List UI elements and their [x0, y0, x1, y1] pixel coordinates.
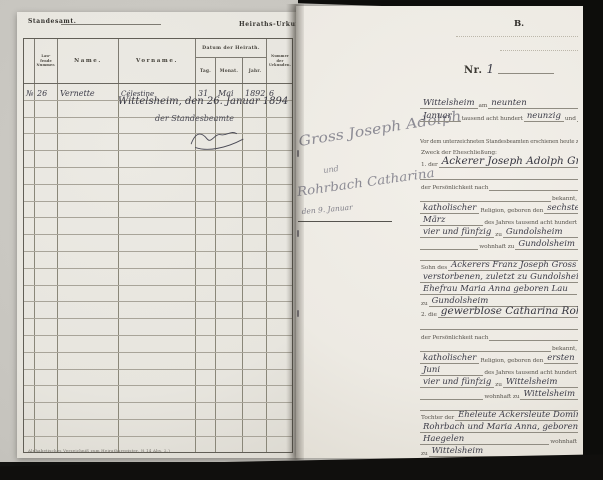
table-row — [24, 202, 292, 219]
cell-tag — [196, 403, 216, 419]
cell-mark — [24, 118, 35, 134]
form-line: Wittelsheimamneunten — [420, 96, 578, 109]
margin-note-date: den 9. Januar — [301, 203, 353, 216]
cell-tag — [196, 235, 216, 251]
cell-mark — [24, 134, 35, 150]
cell-vorname — [119, 336, 196, 352]
cell-vorname — [119, 269, 196, 285]
cell-lfd — [35, 235, 58, 251]
cell-name — [58, 235, 119, 251]
cell-urkunde — [267, 269, 293, 285]
cell-jahr — [243, 386, 267, 402]
cell-vorname — [119, 252, 196, 268]
table-row — [24, 252, 292, 269]
cell-lfd — [35, 134, 58, 150]
cell-vorname — [119, 420, 196, 436]
cell-jahr — [243, 269, 267, 285]
closing-official: der Standesbeamte — [155, 114, 234, 123]
margin-rule — [298, 221, 392, 222]
cell-vorname — [119, 218, 196, 234]
cell-monat — [216, 202, 243, 218]
cell-lfd — [35, 386, 58, 402]
cell-jahr — [243, 168, 267, 184]
header-line: Nummer. — [37, 63, 56, 67]
cell-lfd — [35, 218, 58, 234]
cell-urkunde — [267, 302, 293, 318]
cell-monat — [216, 218, 243, 234]
cell-vorname — [119, 151, 196, 167]
form-line: Januartausend acht hundertneunzigundvier… — [420, 109, 578, 122]
cell-name — [58, 218, 119, 234]
registrar-signature — [184, 122, 250, 158]
cell-lfd — [35, 118, 58, 134]
cell-monat — [216, 420, 243, 436]
cell-mark — [24, 151, 35, 167]
cell-lfd — [35, 420, 58, 436]
handwritten-entry: 26 — [37, 89, 47, 98]
cell-jahr — [243, 202, 267, 218]
table-row — [24, 168, 292, 185]
table-row — [24, 151, 292, 168]
header-line: Urkunden. — [269, 63, 291, 67]
cell-monat — [216, 336, 243, 352]
cell-lfd — [35, 353, 58, 369]
cell-jahr — [243, 235, 267, 251]
cell-monat — [216, 386, 243, 402]
table-row — [24, 286, 292, 303]
cell-name — [58, 336, 119, 352]
cell-tag — [196, 319, 216, 335]
handwritten-text: vier. — [577, 111, 578, 122]
cell-urkunde — [267, 235, 293, 251]
cell-lfd — [35, 286, 58, 302]
cell-lfd — [35, 168, 58, 184]
form-footer-note: Alphabetisches Verzeichniß zum Heirathsr… — [28, 448, 170, 453]
handwritten-text: Wittelsheim — [420, 98, 478, 109]
header-name: Name. — [74, 58, 102, 64]
table-row — [24, 386, 292, 403]
cell-jahr — [243, 302, 267, 318]
form-line: zuWittelsheim — [420, 444, 578, 457]
table-row — [24, 336, 292, 353]
cell-monat — [216, 286, 243, 302]
cell-mark: № — [24, 84, 35, 100]
index-page: Standesamt. Heiraths-Urkunden. Lau- fend… — [17, 12, 297, 458]
register-book-scan: Standesamt. Heiraths-Urkunden. Lau- fend… — [0, 0, 603, 480]
cell-urkunde — [267, 336, 293, 352]
cell-jahr — [243, 185, 267, 201]
cell-urkunde — [267, 252, 293, 268]
cell-jahr — [243, 286, 267, 302]
col-ordinal — [24, 39, 35, 83]
record-page: B. Nr. 1 Gross Joseph Adolph und Rohrbac… — [296, 6, 585, 458]
cell-jahr — [243, 370, 267, 386]
cell-tag — [196, 218, 216, 234]
cell-monat — [216, 302, 243, 318]
cell-lfd — [35, 336, 58, 352]
cell-jahr — [243, 353, 267, 369]
cell-mark — [24, 319, 35, 335]
cell-name — [58, 302, 119, 318]
cell-jahr — [243, 420, 267, 436]
handwritten-text: neunzig — [524, 111, 564, 122]
cell-lfd — [35, 151, 58, 167]
handwritten-text: Januar — [420, 111, 455, 122]
cell-lfd — [35, 252, 58, 268]
table-row — [24, 370, 292, 387]
cell-tag — [196, 269, 216, 285]
cell-vorname — [119, 370, 196, 386]
cell-lfd — [35, 185, 58, 201]
cell-lfd — [35, 319, 58, 335]
table-row — [24, 319, 292, 336]
cell-mark — [24, 235, 35, 251]
record-number: Nr. 1 — [464, 62, 554, 76]
cell-name — [58, 202, 119, 218]
cell-vorname — [119, 235, 196, 251]
handwritten-entry: № — [26, 89, 34, 98]
cell-mark — [24, 286, 35, 302]
cell-lfd — [35, 269, 58, 285]
cell-mark — [24, 370, 35, 386]
margin-note-und: und — [323, 164, 340, 175]
cell-urkunde — [267, 420, 293, 436]
header-tag: Tag. — [200, 68, 211, 73]
cell-mark — [24, 302, 35, 318]
cell-mark — [24, 353, 35, 369]
cell-name — [58, 185, 119, 201]
cell-urkunde — [267, 151, 293, 167]
binding-stitch — [297, 230, 299, 237]
cell-tag — [196, 370, 216, 386]
cell-name: Vernette — [58, 84, 119, 100]
cell-vorname — [119, 286, 196, 302]
cell-vorname — [119, 168, 196, 184]
cell-jahr — [243, 403, 267, 419]
cell-vorname — [119, 302, 196, 318]
table-row — [24, 353, 292, 370]
cell-tag — [196, 286, 216, 302]
col-name: Name. — [58, 39, 119, 83]
cell-mark — [24, 168, 35, 184]
table-row — [24, 420, 292, 437]
cell-urkunde — [267, 185, 293, 201]
cell-monat — [216, 185, 243, 201]
binding-stitch — [297, 310, 299, 317]
cell-name — [58, 286, 119, 302]
table-row — [24, 302, 292, 319]
cell-monat — [216, 252, 243, 268]
cell-name — [58, 319, 119, 335]
cell-name — [58, 118, 119, 134]
cell-jahr — [243, 218, 267, 234]
cell-urkunde — [267, 319, 293, 335]
cell-urkunde — [267, 118, 293, 134]
printed-text: zu — [420, 451, 429, 457]
cell-vorname — [119, 202, 196, 218]
col-laufende-nummer: Lau- fende Nummer. — [35, 39, 58, 83]
page-letter: B. — [514, 19, 524, 29]
nr-rule — [498, 73, 554, 74]
cell-tag — [196, 420, 216, 436]
cell-tag — [196, 353, 216, 369]
table-header: Lau- fende Nummer. Name. Vorname. Datum … — [24, 39, 292, 84]
cell-urkunde — [267, 168, 293, 184]
cell-lfd: 26 — [35, 84, 58, 100]
cell-vorname — [119, 386, 196, 402]
cell-mark — [24, 218, 35, 234]
cell-urkunde — [267, 370, 293, 386]
cell-jahr — [243, 319, 267, 335]
handwritten-text: Wittelsheim — [429, 446, 487, 457]
cell-tag — [196, 437, 216, 453]
cell-monat — [216, 370, 243, 386]
cell-mark — [24, 420, 35, 436]
cell-urkunde — [267, 286, 293, 302]
faint-rule — [456, 36, 578, 37]
cell-name — [58, 134, 119, 150]
cell-name — [58, 252, 119, 268]
cell-monat — [216, 168, 243, 184]
cell-name — [58, 101, 119, 117]
printed-text: tausend acht hundert — [461, 116, 524, 122]
cell-monat — [216, 319, 243, 335]
standesamt-fill-rule — [61, 24, 161, 25]
closing-place-date: Wittelsheim, den 26. Januar 1894 — [118, 96, 288, 107]
cell-tag — [196, 168, 216, 184]
cell-jahr — [243, 252, 267, 268]
faint-rule — [500, 50, 578, 51]
cell-monat — [216, 235, 243, 251]
cell-vorname — [119, 185, 196, 201]
cell-mark — [24, 336, 35, 352]
book-edge-right — [583, 0, 603, 480]
cell-lfd — [35, 101, 58, 117]
cell-monat — [216, 269, 243, 285]
printed-text: und — [564, 116, 577, 122]
cell-name — [58, 420, 119, 436]
nr-label: Nr. — [464, 65, 482, 76]
cell-jahr — [243, 336, 267, 352]
cell-name — [58, 386, 119, 402]
cell-jahr — [243, 437, 267, 453]
cell-tag — [196, 336, 216, 352]
handwritten-entry: Vernette — [60, 89, 95, 98]
cell-urkunde — [267, 202, 293, 218]
cell-monat — [216, 437, 243, 453]
header-vorname: Vorname. — [136, 58, 178, 64]
cell-lfd — [35, 202, 58, 218]
col-vorname: Vorname. — [119, 39, 196, 83]
table-row — [24, 269, 292, 286]
header-date-group: Datum der Heirath. — [202, 46, 260, 51]
cell-mark — [24, 185, 35, 201]
cell-mark — [24, 202, 35, 218]
table-row — [24, 218, 292, 235]
nr-value: 1 — [482, 62, 498, 76]
cell-mark — [24, 252, 35, 268]
cell-lfd — [35, 370, 58, 386]
col-urkunden-nummer: Nummer der Urkunden. — [267, 39, 293, 83]
col-datum-der-heirath: Datum der Heirath. Tag. Monat. Jahr. — [196, 39, 267, 83]
cell-name — [58, 151, 119, 167]
cell-lfd — [35, 403, 58, 419]
cell-vorname — [119, 353, 196, 369]
cell-tag — [196, 185, 216, 201]
handwritten-text: neunten — [488, 98, 529, 109]
cell-tag — [196, 302, 216, 318]
cell-name — [58, 353, 119, 369]
cell-monat — [216, 403, 243, 419]
header-jahr: Jahr. — [249, 68, 262, 73]
cell-vorname — [119, 319, 196, 335]
table-row — [24, 134, 292, 151]
cell-lfd — [35, 302, 58, 318]
cell-name — [58, 168, 119, 184]
cell-urkunde — [267, 386, 293, 402]
cell-name — [58, 403, 119, 419]
header-monat: Monat. — [220, 68, 238, 73]
cell-urkunde — [267, 403, 293, 419]
cell-urkunde — [267, 218, 293, 234]
cell-name — [58, 370, 119, 386]
cell-urkunde — [267, 134, 293, 150]
binding-stitch — [297, 150, 299, 157]
cell-monat — [216, 353, 243, 369]
table-row — [24, 235, 292, 252]
index-table-body: №26VernetteCélestine31Mai18926 — [24, 84, 292, 453]
cell-mark — [24, 269, 35, 285]
cell-mark — [24, 386, 35, 402]
cell-vorname — [119, 403, 196, 419]
cell-tag — [196, 252, 216, 268]
cell-urkunde — [267, 437, 293, 453]
table-row — [24, 185, 292, 202]
cell-tag — [196, 386, 216, 402]
cell-mark — [24, 101, 35, 117]
table-row — [24, 403, 292, 420]
margin-note-bride: Rohrbach Catharina — [296, 165, 435, 199]
cell-name — [58, 269, 119, 285]
cell-tag — [196, 202, 216, 218]
cell-mark — [24, 403, 35, 419]
cell-urkunde — [267, 353, 293, 369]
